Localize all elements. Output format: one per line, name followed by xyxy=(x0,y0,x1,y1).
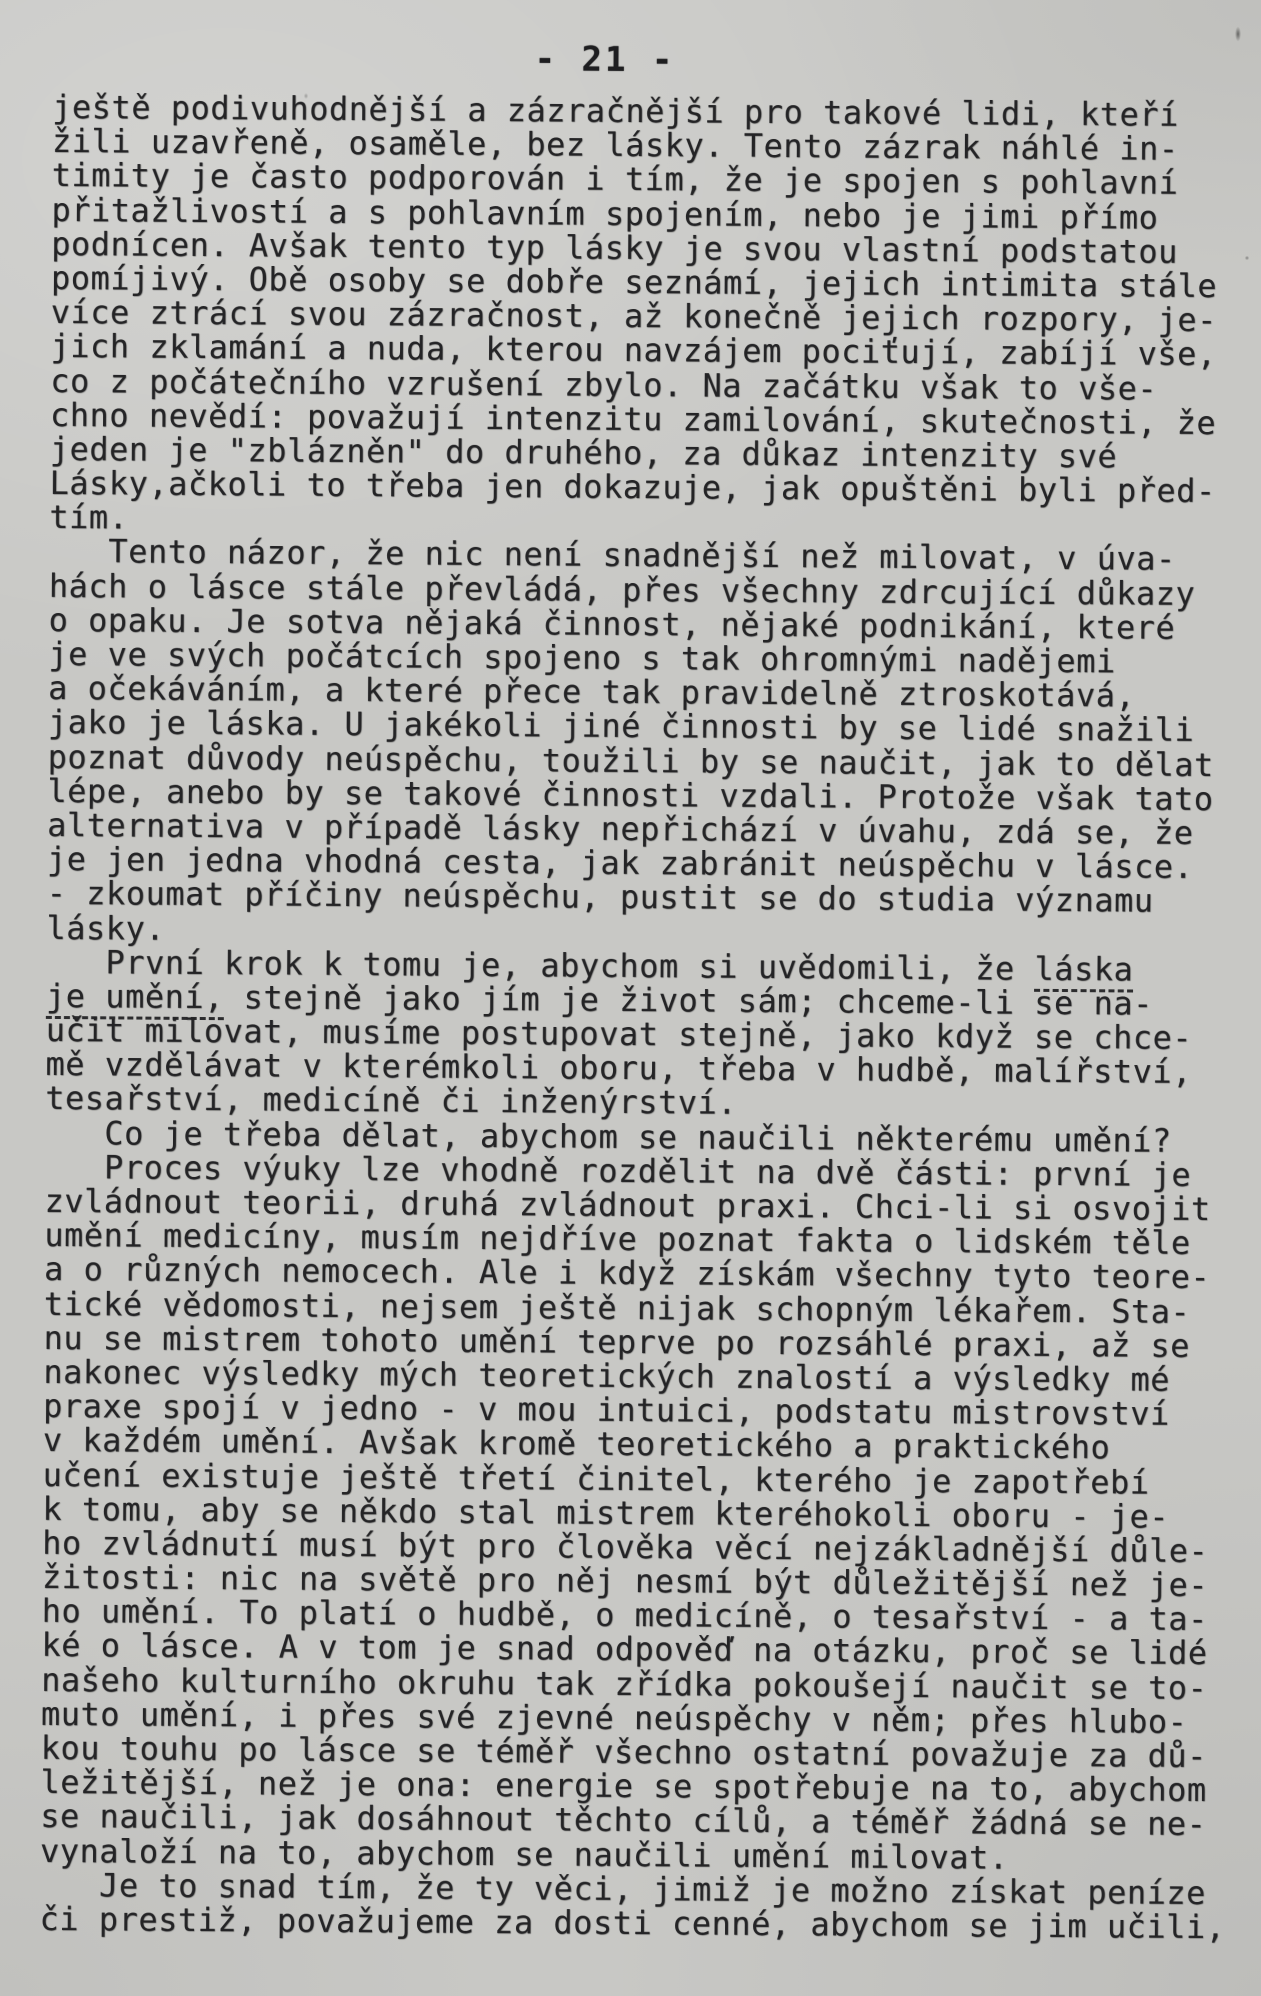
text-body: ještě podivuhodnější a zázračnější pro t… xyxy=(39,90,1252,1944)
scanned-page: - 21 - ještě podivuhodnější a zázračnějš… xyxy=(0,0,1261,1996)
text-segment: tím. xyxy=(49,498,128,537)
text-segment: či prestiž, považujeme za dosti cenné, a… xyxy=(39,1900,1225,1946)
page-number: - 21 - xyxy=(0,35,1236,84)
text-line: - zkoumat příčiny neúspěchu, pustit se d… xyxy=(47,876,1247,919)
text-line: Lásky,ačkoli to třeba jen dokazuje, jak … xyxy=(49,466,1249,509)
text-segment: lásky. xyxy=(46,908,165,947)
text-segment: Lásky,ačkoli to třeba jen dokazuje, jak … xyxy=(49,464,1215,510)
text-line: či prestiž, považujeme za dosti cenné, a… xyxy=(39,1902,1239,1945)
text-segment: - zkoumat příčiny neúspěchu, pustit se d… xyxy=(47,874,1154,920)
